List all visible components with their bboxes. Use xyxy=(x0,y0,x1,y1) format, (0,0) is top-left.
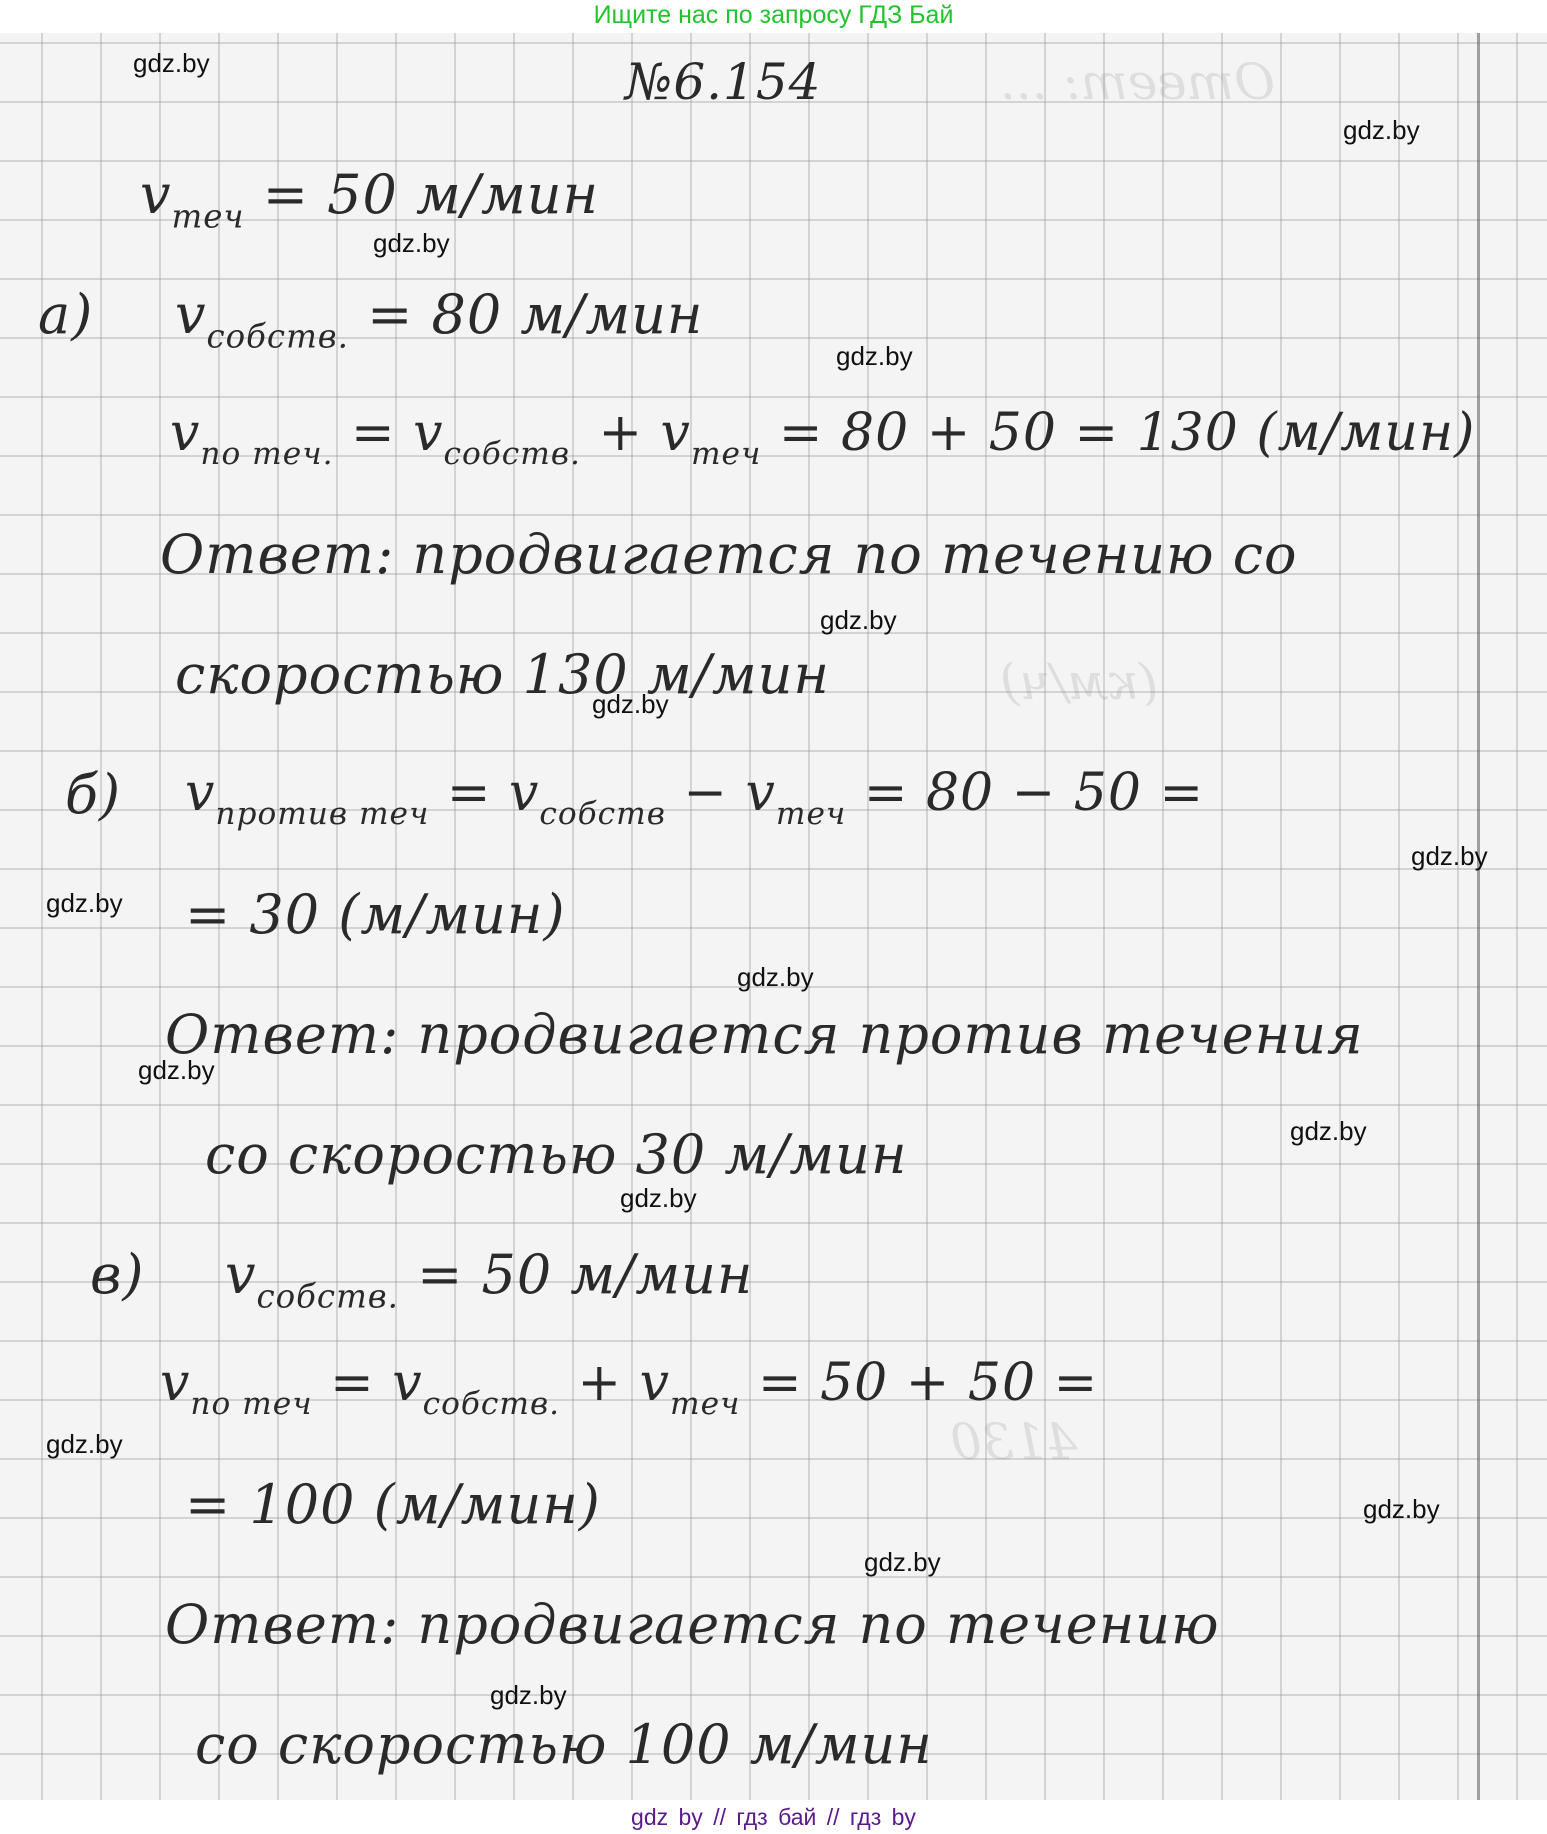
watermark: gdz.by xyxy=(620,1183,697,1214)
part-c-line3: = 100 (м/мин) xyxy=(185,1473,601,1536)
watermark: gdz.by xyxy=(46,1429,123,1460)
watermark: gdz.by xyxy=(820,605,897,636)
margin-line xyxy=(1477,33,1480,1800)
bleed-through-text: Ответ: ... xyxy=(1000,53,1275,111)
watermark: gdz.by xyxy=(836,341,913,372)
part-a-answer-line2: скоростью 130 м/мин xyxy=(175,643,830,706)
part-a-answer-line1: Ответ: продвигается по течению со xyxy=(160,523,1298,586)
watermark: gdz.by xyxy=(1290,1116,1367,1147)
part-c-line2: vпо теч = vсобств. + vтеч = 50 + 50 = xyxy=(160,1353,1098,1422)
notebook-page: Ответ: ... (км/ч) 4130 №6.154 vтеч = 50 … xyxy=(0,33,1547,1800)
watermark: gdz.by xyxy=(138,1055,215,1086)
watermark: gdz.by xyxy=(133,48,210,79)
part-a-line1: vсобств. = 80 м/мин xyxy=(175,283,703,356)
watermark: gdz.by xyxy=(592,689,669,720)
part-b-answer-line2: со скоростью 30 м/мин xyxy=(205,1123,908,1186)
problem-number: №6.154 xyxy=(625,53,821,111)
part-c-answer-line2: со скоростью 100 м/мин xyxy=(195,1713,933,1776)
bleed-through-text: (км/ч) xyxy=(1000,653,1158,711)
watermark: gdz.by xyxy=(737,962,814,993)
part-b-answer-line1: Ответ: продвигается против течения xyxy=(165,1003,1364,1066)
watermark: gdz.by xyxy=(490,1680,567,1711)
watermark: gdz.by xyxy=(46,888,123,919)
given-line: vтеч = 50 м/мин xyxy=(140,163,599,236)
part-c-line1: vсобств. = 50 м/мин xyxy=(225,1243,753,1316)
watermark: gdz.by xyxy=(1411,841,1488,872)
part-b-label: б) xyxy=(65,763,121,826)
part-a-label: а) xyxy=(38,283,93,346)
top-banner: Ищите нас по запросу ГДЗ Бай xyxy=(0,0,1547,33)
watermark: gdz.by xyxy=(864,1547,941,1578)
watermark: gdz.by xyxy=(1363,1494,1440,1525)
watermark: gdz.by xyxy=(1343,115,1420,146)
part-c-answer-line1: Ответ: продвигается по течению xyxy=(165,1593,1220,1656)
part-b-line1: vпротив теч = vсобств − vтеч = 80 − 50 = xyxy=(185,763,1204,832)
part-a-line2: vпо теч. = vсобств. + vтеч = 80 + 50 = 1… xyxy=(170,403,1475,472)
part-c-label: в) xyxy=(90,1243,145,1306)
watermark: gdz.by xyxy=(373,228,450,259)
part-b-line2: = 30 (м/мин) xyxy=(185,883,566,946)
bottom-banner: gdz by // гдз бай // гдз by xyxy=(0,1800,1547,1834)
